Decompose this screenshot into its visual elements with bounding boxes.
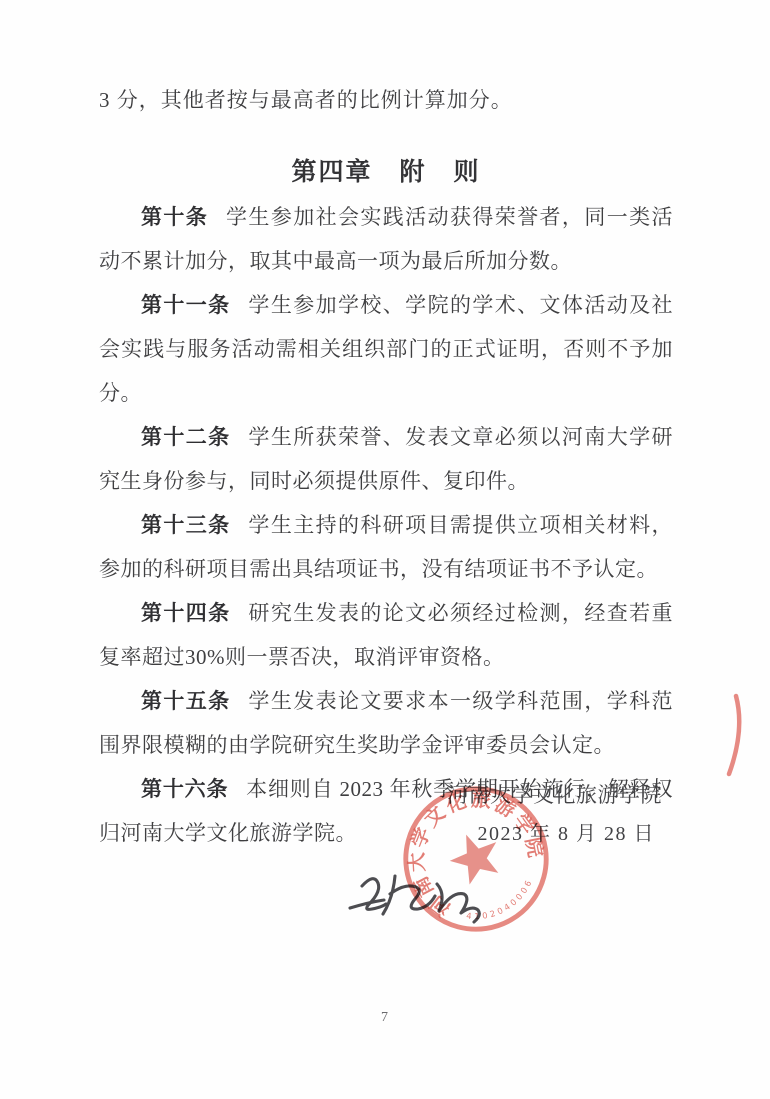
page-number: 7	[0, 1010, 770, 1026]
document-page: 3 分，其他者按与最高者的比例计算加分。 第四章 附 则 第十条学生参加社会实践…	[0, 0, 770, 1099]
article-13: 第十三条学生主持的科研项目需提供立项相关材料，参加的科研项目需出具结项证书，没有…	[99, 503, 673, 591]
article-15-label: 第十五条	[141, 689, 248, 713]
article-11-label: 第十一条	[141, 293, 248, 317]
edge-seal-mark	[718, 688, 754, 783]
article-10-label: 第十条	[141, 205, 226, 229]
article-12-label: 第十二条	[141, 425, 248, 449]
continuation-line: 3 分，其他者按与最高者的比例计算加分。	[99, 78, 673, 123]
article-14: 第十四条研究生发表的论文必须经过检测，经查若重复率超过30%则一票否决，取消评审…	[99, 591, 673, 679]
article-16-label: 第十六条	[141, 777, 246, 801]
handwritten-signature	[340, 858, 500, 943]
articles: 第十条学生参加社会实践活动获得荣誉者，同一类活动不累计加分，取其中最高一项为最后…	[99, 195, 673, 855]
edge-seal-arc	[729, 696, 739, 774]
article-15: 第十五条学生发表论文要求本一级学科范围，学科范围界限模糊的由学院研究生奖助学金评…	[99, 679, 673, 767]
document-body: 3 分，其他者按与最高者的比例计算加分。 第四章 附 则 第十条学生参加社会实践…	[99, 78, 673, 855]
article-14-label: 第十四条	[141, 601, 248, 625]
chapter-heading: 第四章 附 则	[99, 150, 673, 195]
article-11: 第十一条学生参加学校、学院的学术、文体活动及社会实践与服务活动需相关组织部门的正…	[99, 283, 673, 415]
article-13-label: 第十三条	[141, 513, 248, 537]
article-12: 第十二条学生所获荣誉、发表文章必须以河南大学研究生身份参与，同时必须提供原件、复…	[99, 415, 673, 503]
article-10: 第十条学生参加社会实践活动获得荣誉者，同一类活动不累计加分，取其中最高一项为最后…	[99, 195, 673, 283]
